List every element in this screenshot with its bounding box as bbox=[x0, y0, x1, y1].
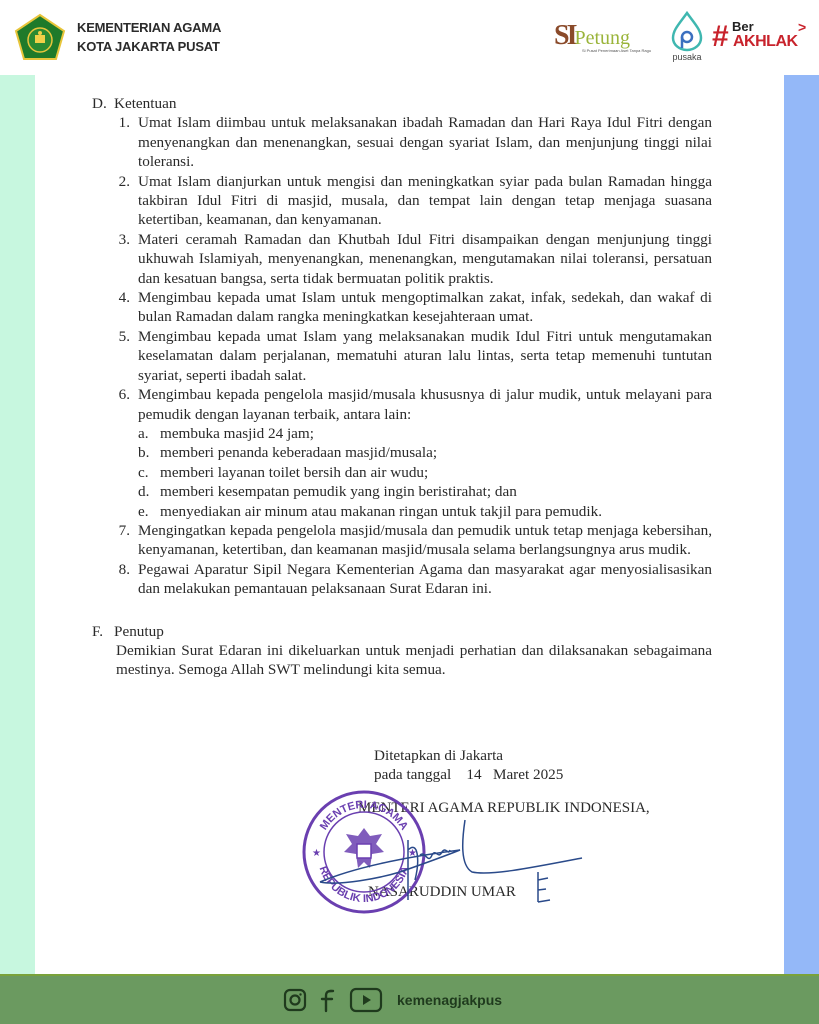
sub-item-letter: b. bbox=[138, 443, 160, 462]
provision-item: 4.Mengimbau kepada umat Islam untuk meng… bbox=[92, 288, 712, 327]
pusaka-logo: pusaka bbox=[667, 10, 707, 65]
org-line-1: KEMENTERIAN AGAMA bbox=[77, 18, 221, 37]
sub-item: a.membuka masjid 24 jam; bbox=[138, 424, 712, 443]
signature-icon bbox=[300, 810, 600, 910]
date-label: pada tanggal bbox=[374, 766, 451, 783]
berakhlak-main: AKHLAK bbox=[733, 33, 798, 51]
sub-item: b.memberi penanda keberadaan masjid/musa… bbox=[138, 443, 712, 462]
youtube-icon[interactable] bbox=[349, 987, 383, 1013]
provision-item: 8.Pegawai Aparatur Sipil Negara Kementer… bbox=[92, 560, 712, 599]
signature-place: Ditetapkan di Jakarta bbox=[374, 746, 563, 765]
provision-number: 7. bbox=[114, 521, 138, 560]
provision-item: 3.Materi ceramah Ramadan dan Khutbah Idu… bbox=[92, 230, 712, 288]
provision-text: Mengimbau kepada pengelola masjid/musala… bbox=[138, 385, 712, 424]
left-accent-bar bbox=[0, 75, 35, 975]
provision-number: 8. bbox=[114, 560, 138, 599]
sipetung-word: Petung bbox=[574, 27, 630, 49]
org-name: KEMENTERIAN AGAMA KOTA JAKARTA PUSAT bbox=[77, 18, 221, 56]
provision-item: 6.Mengimbau kepada pengelola masjid/musa… bbox=[92, 385, 712, 521]
footer-bar: kemenagjakpus bbox=[0, 974, 819, 1024]
provision-text: Materi ceramah Ramadan dan Khutbah Idul … bbox=[138, 230, 712, 288]
provision-text: Mengimbau kepada umat Islam untuk mengop… bbox=[138, 288, 712, 327]
org-line-2: KOTA JAKARTA PUSAT bbox=[77, 37, 221, 56]
sub-item: e.menyediakan air minum atau makanan rin… bbox=[138, 502, 712, 521]
sub-item: d.memberi kesempatan pemudik yang ingin … bbox=[138, 482, 712, 501]
berakhlak-logo: # Ber AKHLAK > bbox=[712, 18, 812, 54]
date-month-year: Maret 2025 bbox=[493, 766, 563, 783]
pusaka-drop-icon bbox=[667, 10, 707, 52]
provision-item: 7.Mengingatkan kepada pengelola masjid/m… bbox=[92, 521, 712, 560]
chevron-right-icon: > bbox=[798, 19, 806, 35]
provision-number: 3. bbox=[114, 230, 138, 288]
provision-text-block: Mengimbau kepada umat Islam untuk mengop… bbox=[138, 288, 712, 327]
social-links: kemenagjakpus bbox=[283, 986, 502, 1014]
document-body: D. Ketentuan 1.Umat Islam diimbau untuk … bbox=[92, 94, 712, 680]
provision-text: Pegawai Aparatur Sipil Negara Kementeria… bbox=[138, 560, 712, 599]
provision-text-block: Materi ceramah Ramadan dan Khutbah Idul … bbox=[138, 230, 712, 288]
provision-text-block: Mengimbau kepada umat Islam yang melaksa… bbox=[138, 327, 712, 385]
section-letter: F. bbox=[92, 622, 114, 641]
provision-number: 4. bbox=[114, 288, 138, 327]
berakhlak-hash: # bbox=[712, 22, 729, 52]
pusaka-label: pusaka bbox=[667, 52, 707, 62]
provision-item: 5.Mengimbau kepada umat Islam yang melak… bbox=[92, 327, 712, 385]
instagram-icon[interactable] bbox=[283, 988, 307, 1012]
sub-item-letter: d. bbox=[138, 482, 160, 501]
provision-item: 2.Umat Islam dianjurkan untuk mengisi da… bbox=[92, 172, 712, 230]
sub-item-letter: c. bbox=[138, 463, 160, 482]
sub-item: c.memberi layanan toilet bersih dan air … bbox=[138, 463, 712, 482]
sub-item-text: membuka masjid 24 jam; bbox=[160, 424, 712, 443]
section-f-heading: F. Penutup bbox=[92, 622, 712, 641]
ministry-emblem-icon bbox=[14, 13, 66, 61]
letterhead: KEMENTERIAN AGAMA KOTA JAKARTA PUSAT SIP… bbox=[0, 0, 819, 74]
provision-text-block: Mengimbau kepada pengelola masjid/musala… bbox=[138, 385, 712, 521]
sub-item-letter: e. bbox=[138, 502, 160, 521]
sub-item-text: memberi penanda keberadaan masjid/musala… bbox=[160, 443, 712, 462]
section-d-heading: D. Ketentuan bbox=[92, 94, 712, 113]
provision-number: 5. bbox=[114, 327, 138, 385]
provision-text: Mengimbau kepada umat Islam yang melaksa… bbox=[138, 327, 712, 385]
sub-list: a.membuka masjid 24 jam;b.memberi penand… bbox=[138, 424, 712, 521]
section-title: Ketentuan bbox=[114, 94, 176, 113]
date-day: 14 bbox=[466, 766, 481, 783]
provision-number: 2. bbox=[114, 172, 138, 230]
provision-text-block: Mengingatkan kepada pengelola masjid/mus… bbox=[138, 521, 712, 560]
provision-number: 1. bbox=[114, 113, 138, 171]
sipetung-tagline: Si Pusat Penerimaan Aset Tanpa Ragu bbox=[582, 48, 651, 53]
provision-text-block: Umat Islam dianjurkan untuk mengisi dan … bbox=[138, 172, 712, 230]
section-title: Penutup bbox=[114, 622, 164, 641]
provisions-list: 1.Umat Islam diimbau untuk melaksanakan … bbox=[92, 113, 712, 598]
closing-paragraph: Demikian Surat Edaran ini dikeluarkan un… bbox=[116, 641, 712, 680]
provision-number: 6. bbox=[114, 385, 138, 521]
social-handle[interactable]: kemenagjakpus bbox=[397, 992, 502, 1008]
sub-item-letter: a. bbox=[138, 424, 160, 443]
signature-place-date: Ditetapkan di Jakarta pada tanggal 14 Ma… bbox=[374, 746, 563, 784]
sub-item-text: memberi layanan toilet bersih dan air wu… bbox=[160, 463, 712, 482]
provision-text: Mengingatkan kepada pengelola masjid/mus… bbox=[138, 521, 712, 560]
facebook-icon[interactable] bbox=[319, 987, 337, 1013]
provision-item: 1.Umat Islam diimbau untuk melaksanakan … bbox=[92, 113, 712, 171]
provision-text: Umat Islam dianjurkan untuk mengisi dan … bbox=[138, 172, 712, 230]
sipetung-initial: SI bbox=[554, 20, 574, 51]
berakhlak-ber: Ber bbox=[732, 19, 754, 34]
sipetung-logo: SIPetung Si Pusat Penerimaan Aset Tanpa … bbox=[554, 20, 630, 50]
signature-date: pada tanggal 14 Maret 2025 bbox=[374, 765, 563, 784]
section-letter: D. bbox=[92, 94, 114, 113]
sub-item-text: menyediakan air minum atau makanan ringa… bbox=[160, 502, 712, 521]
right-accent-bar bbox=[784, 75, 819, 975]
provision-text-block: Pegawai Aparatur Sipil Negara Kementeria… bbox=[138, 560, 712, 599]
provision-text: Umat Islam diimbau untuk melaksanakan ib… bbox=[138, 113, 712, 171]
sub-item-text: memberi kesempatan pemudik yang ingin be… bbox=[160, 482, 712, 501]
provision-text-block: Umat Islam diimbau untuk melaksanakan ib… bbox=[138, 113, 712, 171]
